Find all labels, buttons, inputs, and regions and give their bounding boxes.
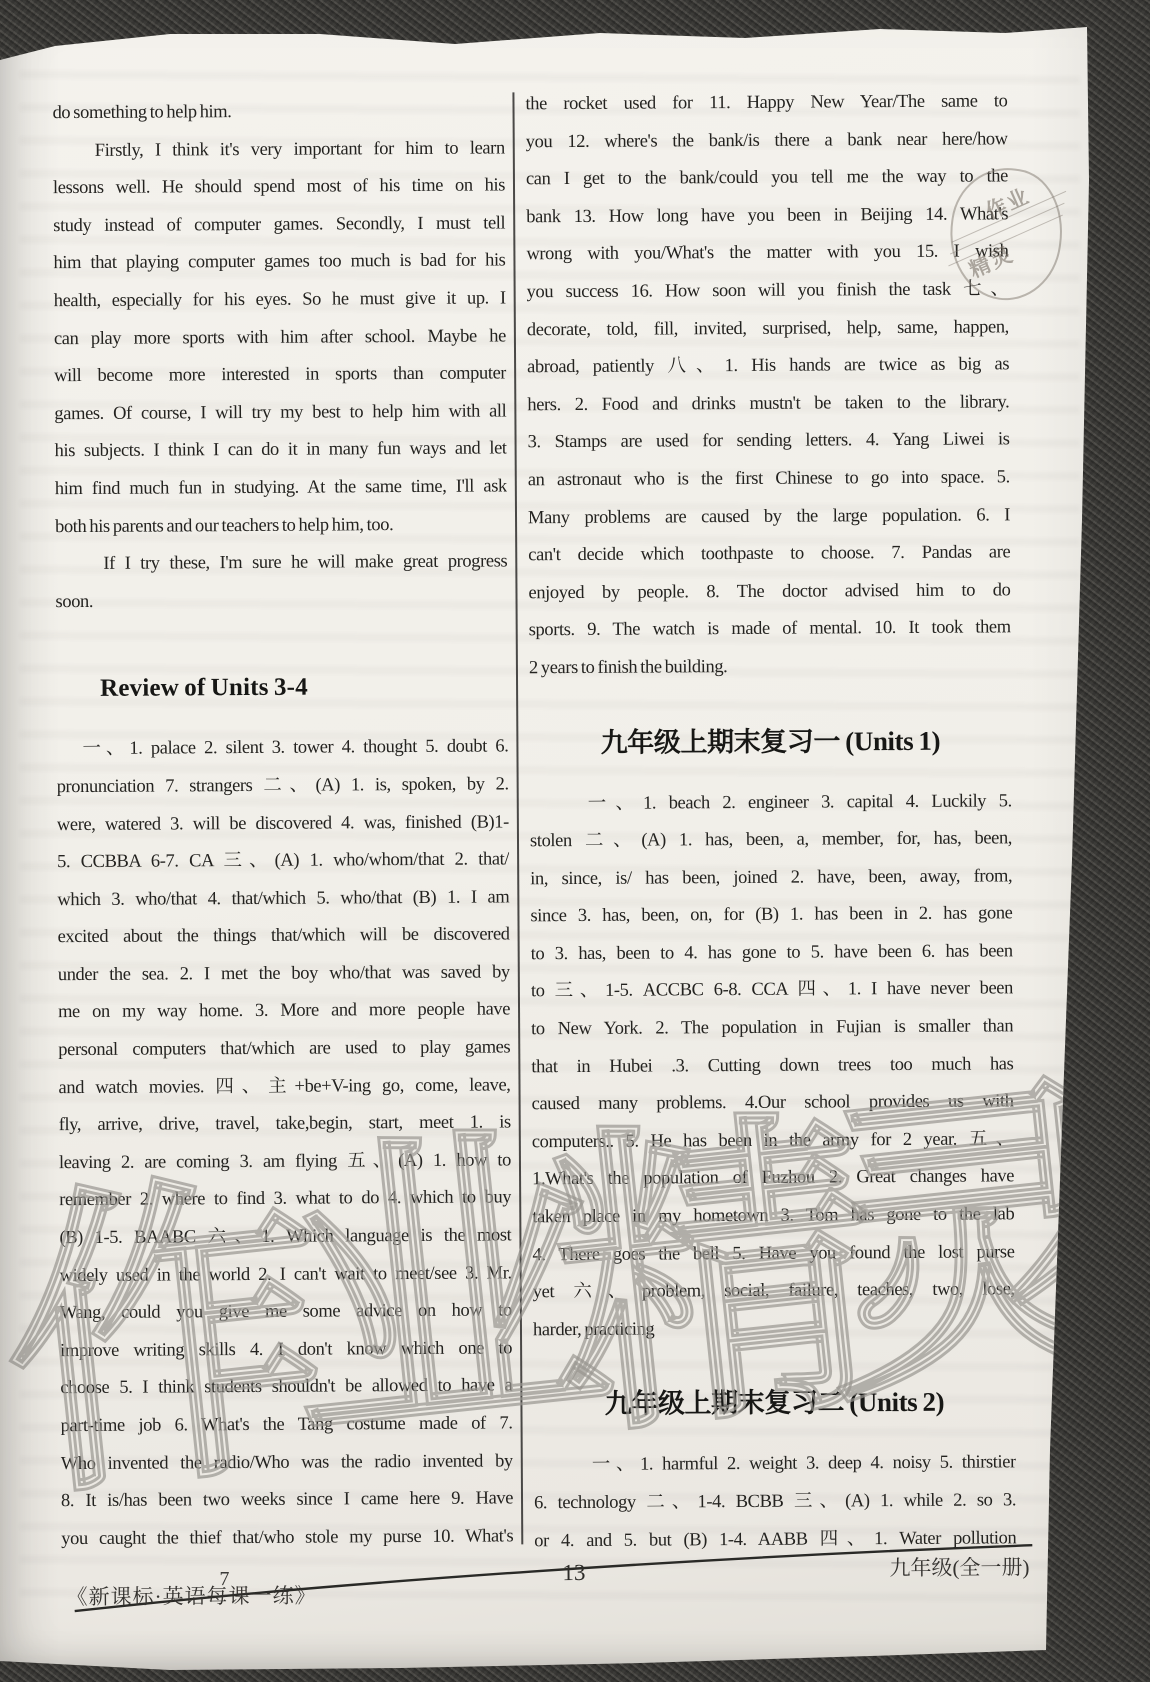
text-line: lessons well. He should spend most of hi… bbox=[53, 168, 505, 208]
text-line: the rocket used for 11. Happy New Year/T… bbox=[525, 83, 1007, 124]
text-line: you success 16. How soon will you finish… bbox=[527, 271, 1009, 312]
text-line: 一、1. beach 2. engineer 3. capital 4. Luc… bbox=[530, 783, 1012, 824]
text-line: him find much fun in studying. At the sa… bbox=[55, 468, 507, 508]
page-content: do something to help him.Firstly, I thin… bbox=[0, 0, 1150, 1682]
text-line: were, watered 3. will be discovered 4. w… bbox=[57, 804, 509, 844]
text-line: 1.What's the population of Fuzhou 2. Gre… bbox=[532, 1159, 1014, 1200]
text-line: part-time job 6. What's the Tang costume… bbox=[60, 1405, 512, 1445]
column-divider bbox=[512, 92, 522, 1544]
text-line: him that playing computer games too much… bbox=[53, 243, 505, 283]
text-line: 2 years to finish the building. bbox=[529, 647, 1011, 688]
text-line: can play more sports with him after scho… bbox=[54, 318, 506, 358]
text-line: can't decide which toothpaste to choose.… bbox=[528, 534, 1010, 575]
text-line: pronunciation 7. strangers 二、(A) 1. is, … bbox=[57, 766, 509, 806]
section-heading: 九年级上期末复习一 (Units 1) bbox=[529, 717, 1011, 766]
text-line: remember 2. where to find 3. what to do … bbox=[59, 1180, 511, 1220]
text-line: 3. Stamps are used for sending letters. … bbox=[527, 422, 1009, 463]
text-line: bank 13. How long have you been in Beiji… bbox=[526, 196, 1008, 237]
text-line: games. Of course, I will try my best to … bbox=[54, 393, 506, 433]
text-line: (B) 1-5. BAABC 六、1. Which language is th… bbox=[59, 1217, 511, 1257]
text-line: 4. There goes the bell 5. Have you found… bbox=[532, 1234, 1014, 1275]
text-line: improve writing skills 4. I don't know w… bbox=[60, 1330, 512, 1370]
text-line: his subjects. I think I can do it in man… bbox=[55, 431, 507, 471]
footer-page-number: 13 bbox=[562, 1560, 585, 1586]
text-line: under the sea. 2. I met the boy who/that… bbox=[58, 954, 510, 994]
text-line: computers.. 5. He has been in the army f… bbox=[532, 1121, 1014, 1162]
text-line: to 三、1-5. ACCBC 6-8. CCA 四、1. I have nev… bbox=[531, 971, 1013, 1012]
text-line: me on my way home. 3. More and more peop… bbox=[58, 992, 510, 1032]
text-line: abroad, patiently 八、1. His hands are twi… bbox=[527, 346, 1009, 387]
text-line: fly, arrive, drive, travel, take,begin, … bbox=[59, 1105, 511, 1145]
text-line: 一、1. harmful 2. weight 3. deep 4. noisy … bbox=[534, 1445, 1016, 1486]
text-line: both his parents and our teachers to hel… bbox=[55, 506, 507, 546]
text-line: in, since, is/ has been, joined 2. have,… bbox=[530, 858, 1012, 899]
section-heading: 九年级上期末复习二 (Units 2) bbox=[533, 1379, 1015, 1428]
text-line: health, especially for his eyes. So he m… bbox=[54, 280, 506, 320]
text-line: stolen 二、(A) 1. has, been, a, member, fo… bbox=[530, 820, 1012, 861]
photo-background: do something to help him.Firstly, I thin… bbox=[0, 0, 1150, 1682]
text-line: Firstly, I think it's very important for… bbox=[53, 130, 505, 170]
text-line: personal computers that/which are used t… bbox=[58, 1029, 510, 1069]
text-line: which 3. who/that 4. that/which 5. who/t… bbox=[57, 879, 509, 919]
text-line: choose 5. I think students shouldn't be … bbox=[60, 1368, 512, 1408]
text-line: to New York. 2. The population in Fujian… bbox=[531, 1008, 1013, 1049]
text-line: since 3. has, been, on, for (B) 1. has b… bbox=[530, 896, 1012, 937]
text-line: enjoyed by people. 8. The doctor advised… bbox=[528, 572, 1010, 613]
text-line: Who invented the radio/Who was the radio… bbox=[61, 1443, 513, 1483]
text-line: soon. bbox=[55, 581, 507, 621]
text-line: If I try these, I'm sure he will make gr… bbox=[55, 544, 507, 584]
text-line: harder, practicing bbox=[533, 1309, 1015, 1350]
text-line: and watch movies. 四、主+be+V-ing go, come,… bbox=[58, 1067, 510, 1107]
text-line: yet 六、problem, social, failure, teaches,… bbox=[533, 1272, 1015, 1313]
text-line: do something to help him. bbox=[52, 92, 504, 132]
text-line: hers. 2. Food and drinks mustn't be take… bbox=[527, 384, 1009, 425]
text-line: 6. technology 二、1-4. BCBB 三、(A) 1. while… bbox=[534, 1482, 1016, 1523]
text-line: Many problems are caused by the large po… bbox=[528, 497, 1010, 538]
text-line: wrong with you/What's the matter with yo… bbox=[526, 234, 1008, 275]
text-line: that in Hubei .3. Cutting down trees too… bbox=[531, 1046, 1013, 1087]
left-column: do something to help him.Firstly, I thin… bbox=[52, 92, 513, 1558]
text-line: to 3. has, been to 4. has gone to 5. hav… bbox=[531, 933, 1013, 974]
text-line: decorate, told, fill, invited, surprised… bbox=[527, 309, 1009, 350]
text-line: can I get to the bank/could you tell me … bbox=[526, 159, 1008, 200]
book-page: do something to help him.Firstly, I thin… bbox=[0, 0, 1150, 1682]
text-line: 一、1. palace 2. silent 3. tower 4. though… bbox=[56, 729, 508, 769]
section-heading: Review of Units 3-4 bbox=[100, 665, 508, 711]
text-line: excited about the things that/which will… bbox=[57, 917, 509, 957]
text-line: sports. 9. The watch is made of mental. … bbox=[529, 610, 1011, 651]
text-line: 5. CCBBA 6-7. CA 三、(A) 1. who/whom/that … bbox=[57, 841, 509, 881]
text-line: will become more interested in sports th… bbox=[54, 356, 506, 396]
text-line: Wang, could you give me some advice on h… bbox=[60, 1293, 512, 1333]
text-line: you 12. where's the bank/is there a bank… bbox=[526, 121, 1008, 162]
text-line: leaving 2. are coming 3. am flying 五、(A)… bbox=[59, 1142, 511, 1182]
text-line: 8. It is/has been two weeks since I came… bbox=[61, 1481, 513, 1521]
right-column: the rocket used for 11. Happy New Year/T… bbox=[525, 83, 1016, 1560]
text-line: an astronaut who is the first Chinese to… bbox=[528, 459, 1010, 500]
text-line: caused many problems. 4.Our school provi… bbox=[531, 1084, 1013, 1125]
footer-edition: 九年级(全一册) bbox=[889, 1551, 1029, 1582]
text-line: study instead of computer games. Secondl… bbox=[53, 205, 505, 245]
footer-series-title: 《新课标·英语每课一练》 bbox=[67, 1580, 317, 1612]
text-line: widely used in the world 2. I can't wait… bbox=[60, 1255, 512, 1295]
text-line: taken place in my hometown 3. Tom has go… bbox=[532, 1196, 1014, 1237]
